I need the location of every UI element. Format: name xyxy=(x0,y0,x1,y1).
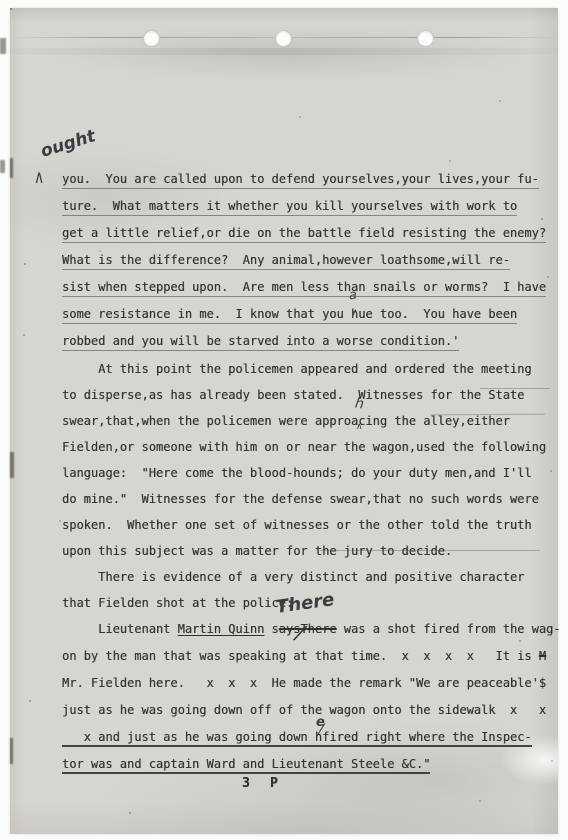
typed-text: s xyxy=(264,622,278,636)
typed-text: sist when stepped upon. Are men less tha… xyxy=(62,280,546,297)
typed-text: At this point the policemen appeared and… xyxy=(62,362,532,376)
handwritten-a-insert: a xyxy=(348,288,357,304)
insertion-slash: ⁄ xyxy=(320,720,323,739)
stray-pencil-line xyxy=(480,388,550,389)
typed-line: What is the difference? Any animal,howev… xyxy=(62,247,558,274)
page-number: 3 xyxy=(242,776,250,791)
typed-line: upon this subject was a matter for the j… xyxy=(62,538,558,564)
typed-text: you. You are called upon to defend yours… xyxy=(62,172,539,189)
punch-hole xyxy=(143,30,160,47)
paragraph-police-appeared: At this point the policemen appeared and… xyxy=(10,356,558,564)
typed-line: to disperse,as has already been stated. … xyxy=(62,382,558,408)
typed-text: language: "Here come the blood-hounds; d… xyxy=(62,466,532,480)
typed-text: that Fielden shot at the police: xyxy=(62,596,293,610)
typed-text: What is the difference? Any animal,howev… xyxy=(62,253,510,270)
stray-pencil-line xyxy=(320,550,540,551)
insertion-caret: ∧ xyxy=(34,168,44,189)
typed-text: to disperse,as has already been stated. … xyxy=(62,388,524,402)
typed-text: just as he was going down off of the wag… xyxy=(62,703,546,717)
typed-text: fired right where the Inspec- xyxy=(322,730,532,747)
typed-text: swear,that,when the policemen were appro… xyxy=(62,414,510,428)
paragraph-quinn-testimony: Lieutenant Martin Quinn saysThere was a … xyxy=(10,616,558,778)
insertion-caret: ∧ xyxy=(352,308,359,318)
typed-text: Fielden,or someone with him on or near t… xyxy=(62,440,546,454)
typed-text: do mine." Witnesses for the defense swea… xyxy=(62,492,539,506)
typed-text: There is evidence of a very distinct and… xyxy=(62,570,524,584)
typed-text: x and just as he was going down h xyxy=(62,730,322,747)
typed-line: ture. What matters it whether you kill y… xyxy=(62,193,558,220)
scan-edge-mark xyxy=(0,38,6,54)
typed-line: tor was and captain Ward and Lieutenant … xyxy=(62,751,558,778)
punch-hole xyxy=(417,30,434,47)
crease-smudge xyxy=(10,48,558,55)
typed-text: spoken. Whether one set of witnesses or … xyxy=(62,518,532,532)
underlined-name: Martin Quinn xyxy=(178,622,265,636)
typed-line: just as he was going down off of the wag… xyxy=(62,697,558,724)
typed-line: get a little relief,or die on the battle… xyxy=(62,220,558,247)
typed-line: you. You are called upon to defend yours… xyxy=(62,166,558,193)
scan-edge-mark xyxy=(0,160,5,173)
handwritten-e-insert: e⁄ xyxy=(316,720,328,739)
typed-line: sist when stepped upon. Are men less tha… xyxy=(62,274,558,301)
typed-line: There is evidence of a very distinct and… xyxy=(62,564,558,590)
punch-hole xyxy=(275,30,292,47)
typed-line: At this point the policemen appeared and… xyxy=(62,356,558,382)
typed-line: robbed and you will be starved into a wo… xyxy=(62,328,558,355)
typed-text: tor was and captain Ward and Lieutenant … xyxy=(62,757,430,774)
typed-line: do mine." Witnesses for the defense swea… xyxy=(62,486,558,512)
insertion-caret: ∧ xyxy=(356,422,363,432)
typed-line: swear,that,when the policemen were appro… xyxy=(62,408,558,434)
typed-line: Lieutenant Martin Quinn saysThere was a … xyxy=(62,616,558,643)
typed-text: robbed and you will be starved into a wo… xyxy=(62,334,459,351)
typed-line: Mr. Fielden here. x x x He made the rema… xyxy=(62,670,558,697)
typed-line: x and just as he was going down hfired r… xyxy=(62,724,558,751)
typed-text: Mr. Fielden here. x x x He made the rema… xyxy=(62,676,546,690)
paper-specks xyxy=(10,8,12,10)
typed-text: some resistance in me. I know that you h… xyxy=(62,307,517,324)
typed-text: ture. What matters it whether you kill y… xyxy=(62,199,517,216)
typed-line: language: "Here come the blood-hounds; d… xyxy=(62,460,558,486)
typed-text: was a shot fired from the wag- xyxy=(337,622,561,636)
typed-text: on by the man that was speaking at that … xyxy=(62,649,539,663)
typed-line: some resistance in me. I know that you h… xyxy=(62,301,558,328)
paragraph-speech-quote: you. You are called upon to defend yours… xyxy=(10,166,558,355)
struck-text: aysThere xyxy=(279,622,337,636)
typed-text: Lieutenant xyxy=(62,622,178,636)
typed-text: get a little relief,or die on the battle… xyxy=(62,226,546,243)
typed-text: upon this subject was a matter for the j… xyxy=(62,544,452,558)
struck-text: M xyxy=(539,649,546,663)
typed-line: Fielden,or someone with him on or near t… xyxy=(62,434,558,460)
handwritten-ought: ought xyxy=(38,126,98,162)
page-letter: P xyxy=(270,776,278,791)
typed-line: on by the man that was speaking at that … xyxy=(62,643,558,670)
paper-sheet: you. You are called upon to defend yours… xyxy=(10,8,558,834)
typed-line: spoken. Whether one set of witnesses or … xyxy=(62,512,558,538)
